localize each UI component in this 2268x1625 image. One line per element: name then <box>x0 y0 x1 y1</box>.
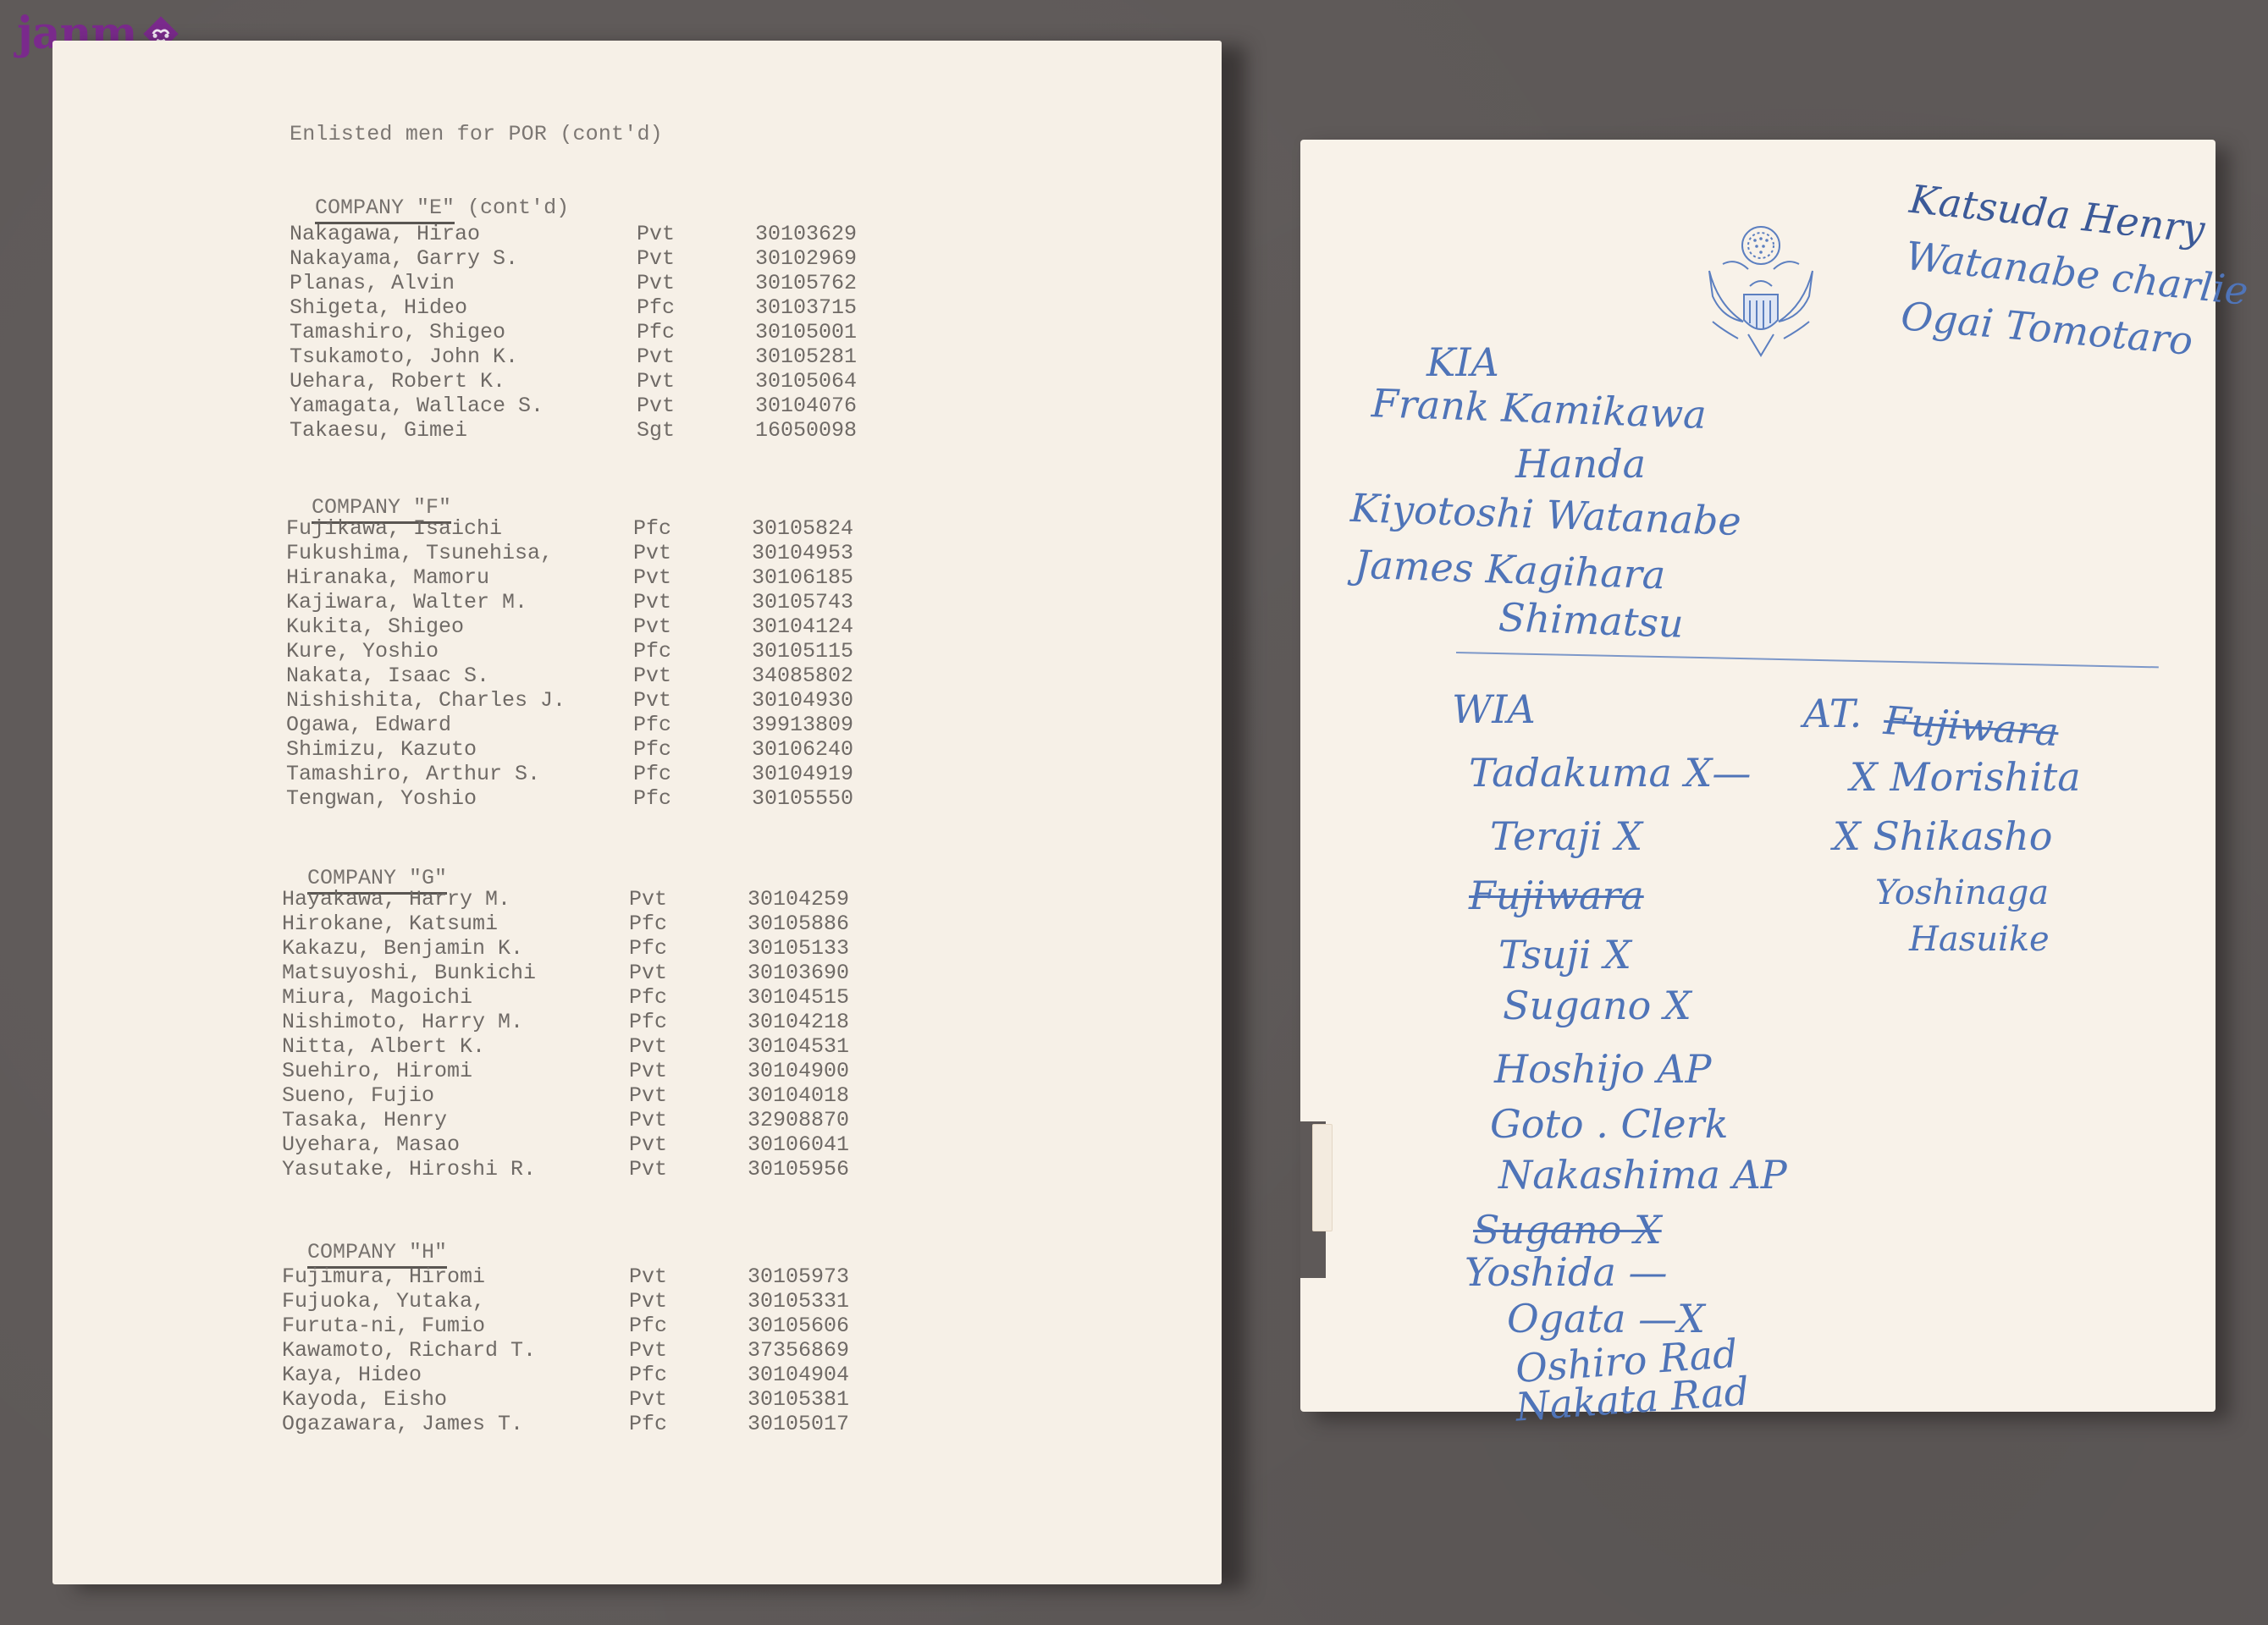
wia-name: Nakashima AP <box>1498 1155 1787 1194</box>
at-name-struck: Fujiwara <box>1883 701 2060 752</box>
at-name: Yoshinaga <box>1875 876 2049 910</box>
wia-name: Ogata —X <box>1507 1299 1705 1338</box>
great-seal-eagle-icon <box>1697 220 1824 364</box>
wia-name: Tadakuma X— <box>1469 753 1751 792</box>
torn-flap <box>1312 1124 1333 1231</box>
wia-name-struck: Sugano X <box>1473 1210 1662 1249</box>
kia-name: Shimatsu <box>1498 598 1684 643</box>
company-e-heading: COMPANY "E" (cont'd) <box>290 171 569 224</box>
wia-name: Yoshida — <box>1465 1253 1668 1292</box>
wia-name: Tsuji X <box>1498 935 1631 974</box>
at-name: Hasuike <box>1909 923 2050 956</box>
kia-name: Frank Kamikawa <box>1371 383 1707 434</box>
wia-name: Sugano X <box>1503 986 1691 1025</box>
at-name: X Morishita <box>1850 757 2081 796</box>
at-label: AT. <box>1803 694 1862 733</box>
at-name: X Shikasho <box>1833 817 2052 856</box>
wia-label: WIA <box>1452 690 1536 729</box>
roster-title: Enlisted men for POR (cont'd) <box>290 122 663 147</box>
wia-name-struck: Fujiwara <box>1469 876 1644 915</box>
kia-label: KIA <box>1426 343 1499 382</box>
kia-name: James Kagihara <box>1354 545 1666 595</box>
kia-name: Handa <box>1515 444 1646 483</box>
wia-name: Teraji X <box>1490 817 1642 856</box>
company-h-heading: COMPANY "H" <box>282 1215 447 1269</box>
wia-name: Goto . Clerk <box>1490 1104 1728 1143</box>
wia-name: Hoshijo AP <box>1494 1049 1712 1088</box>
